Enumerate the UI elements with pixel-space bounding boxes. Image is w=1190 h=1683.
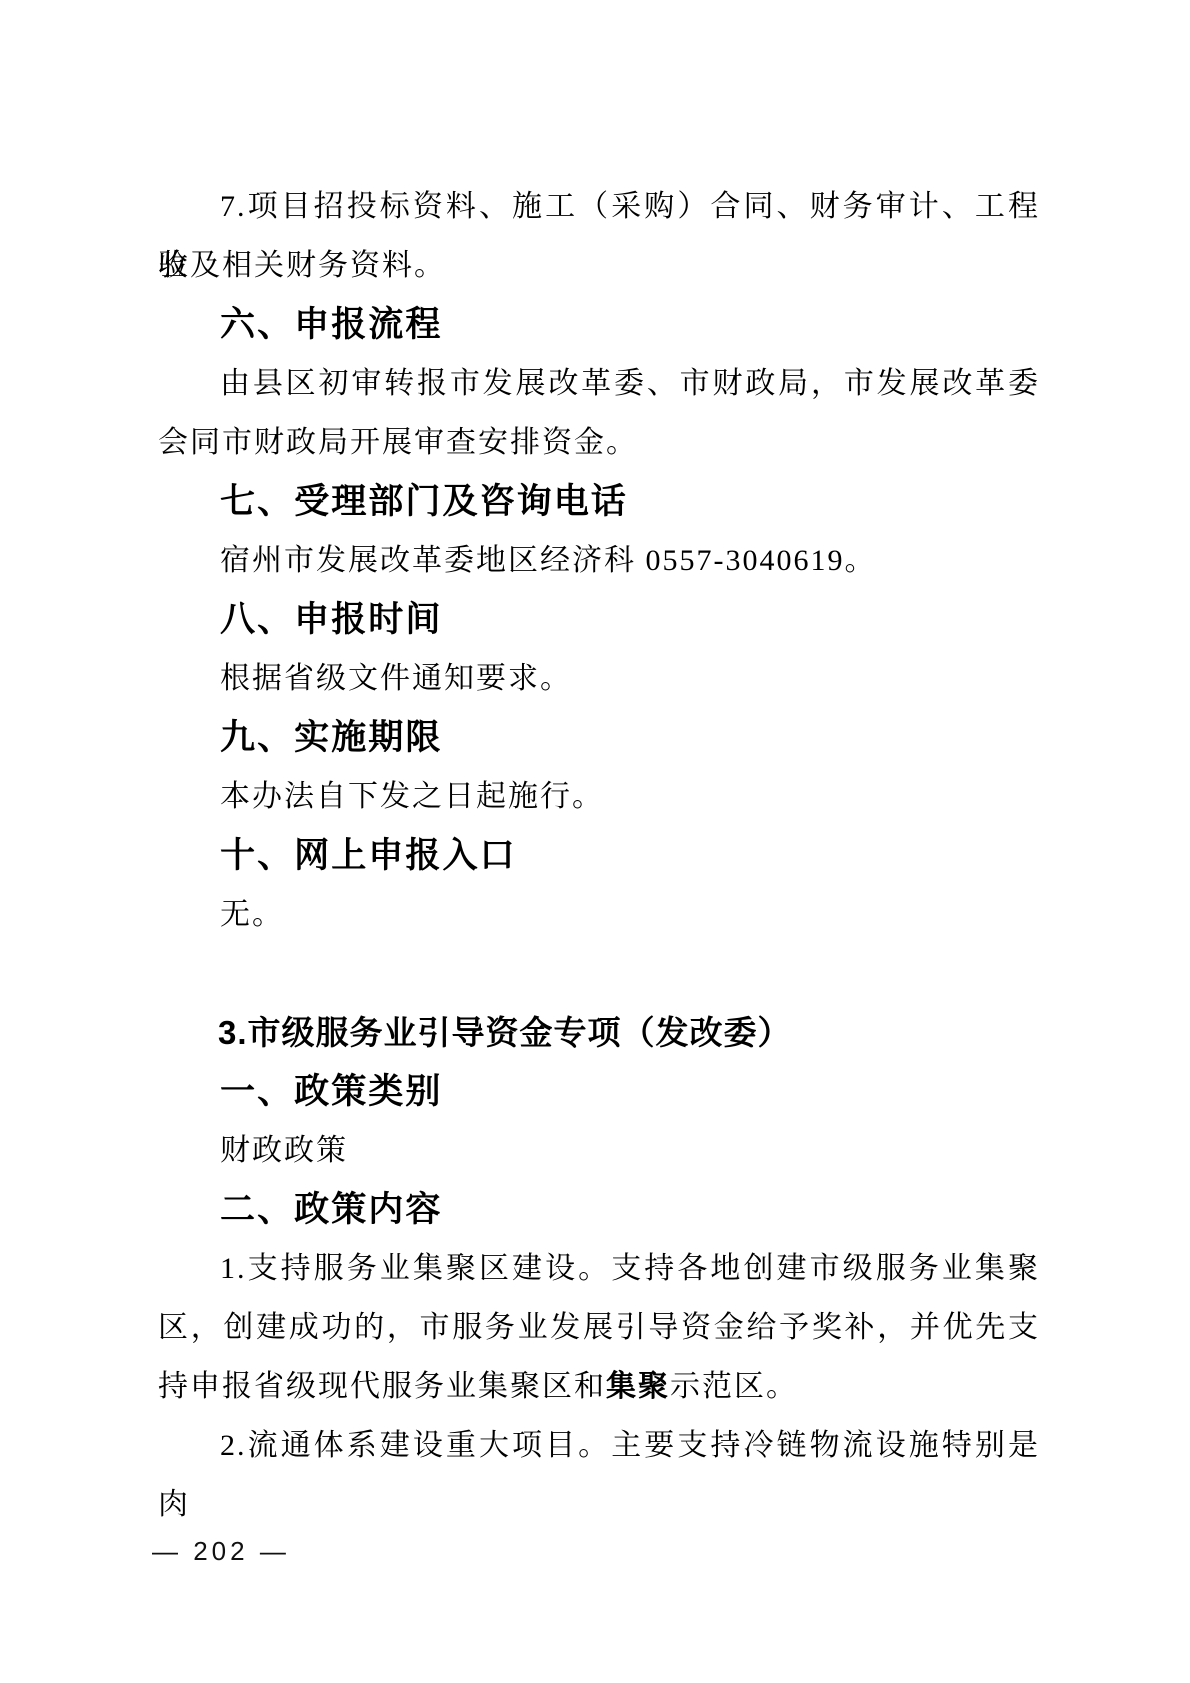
heading-policy-category: 一、政策类别 [158,1062,1040,1121]
para-content2-line1: 2.流通体系建设重大项目。主要支持冷链物流设施特别是肉 [158,1416,1040,1475]
para-content1-line1: 1.支持服务业集聚区建设。支持各地创建市级服务业集聚 [158,1239,1040,1298]
page-content: 7.项目招投标资料、施工（采购）合同、财务审计、工程验 收及相关财务资料。 六、… [158,177,1040,1475]
content1-line3-bold-term: 集聚 [606,1370,670,1403]
para-process-line2: 会同市财政局开展审查安排资金。 [158,413,1040,472]
para-time-line: 根据省级文件通知要求。 [158,649,1040,708]
para-portal-line: 无。 [158,885,1040,944]
chapter-title-service-industry-fund: 3.市级服务业引导资金专项（发改委） [158,1003,1040,1062]
heading-application-process: 六、申报流程 [158,295,1040,354]
heading-implementation-period: 九、实施期限 [158,708,1040,767]
page-number: — 202 — [152,1536,290,1567]
para-period-line: 本办法自下发之日起施行。 [158,767,1040,826]
para-process-line1: 由县区初审转报市发展改革委、市财政局，市发展改革委 [158,354,1040,413]
para-materials-line2: 收及相关财务资料。 [158,236,1040,295]
heading-application-time: 八、申报时间 [158,590,1040,649]
para-content1-line2: 区，创建成功的，市服务业发展引导资金给予奖补，并优先支 [158,1298,1040,1357]
content1-line3-text: 持申报省级现代服务业集聚区和 [158,1370,606,1403]
para-materials-line1: 7.项目招投标资料、施工（采购）合同、财务审计、工程验 [158,177,1040,236]
document-page: 7.项目招投标资料、施工（采购）合同、财务审计、工程验 收及相关财务资料。 六、… [0,0,1190,1683]
heading-policy-content: 二、政策内容 [158,1180,1040,1239]
content1-line3-tail: 示范区。 [670,1370,798,1403]
para-category-line: 财政政策 [158,1121,1040,1180]
heading-accepting-department-phone: 七、受理部门及咨询电话 [158,472,1040,531]
heading-online-application-portal: 十、网上申报入口 [158,826,1040,885]
para-content1-line3: 持申报省级现代服务业集聚区和集聚示范区。 [158,1357,1040,1416]
para-contact-line: 宿州市发展改革委地区经济科 0557-3040619。 [158,531,1040,590]
